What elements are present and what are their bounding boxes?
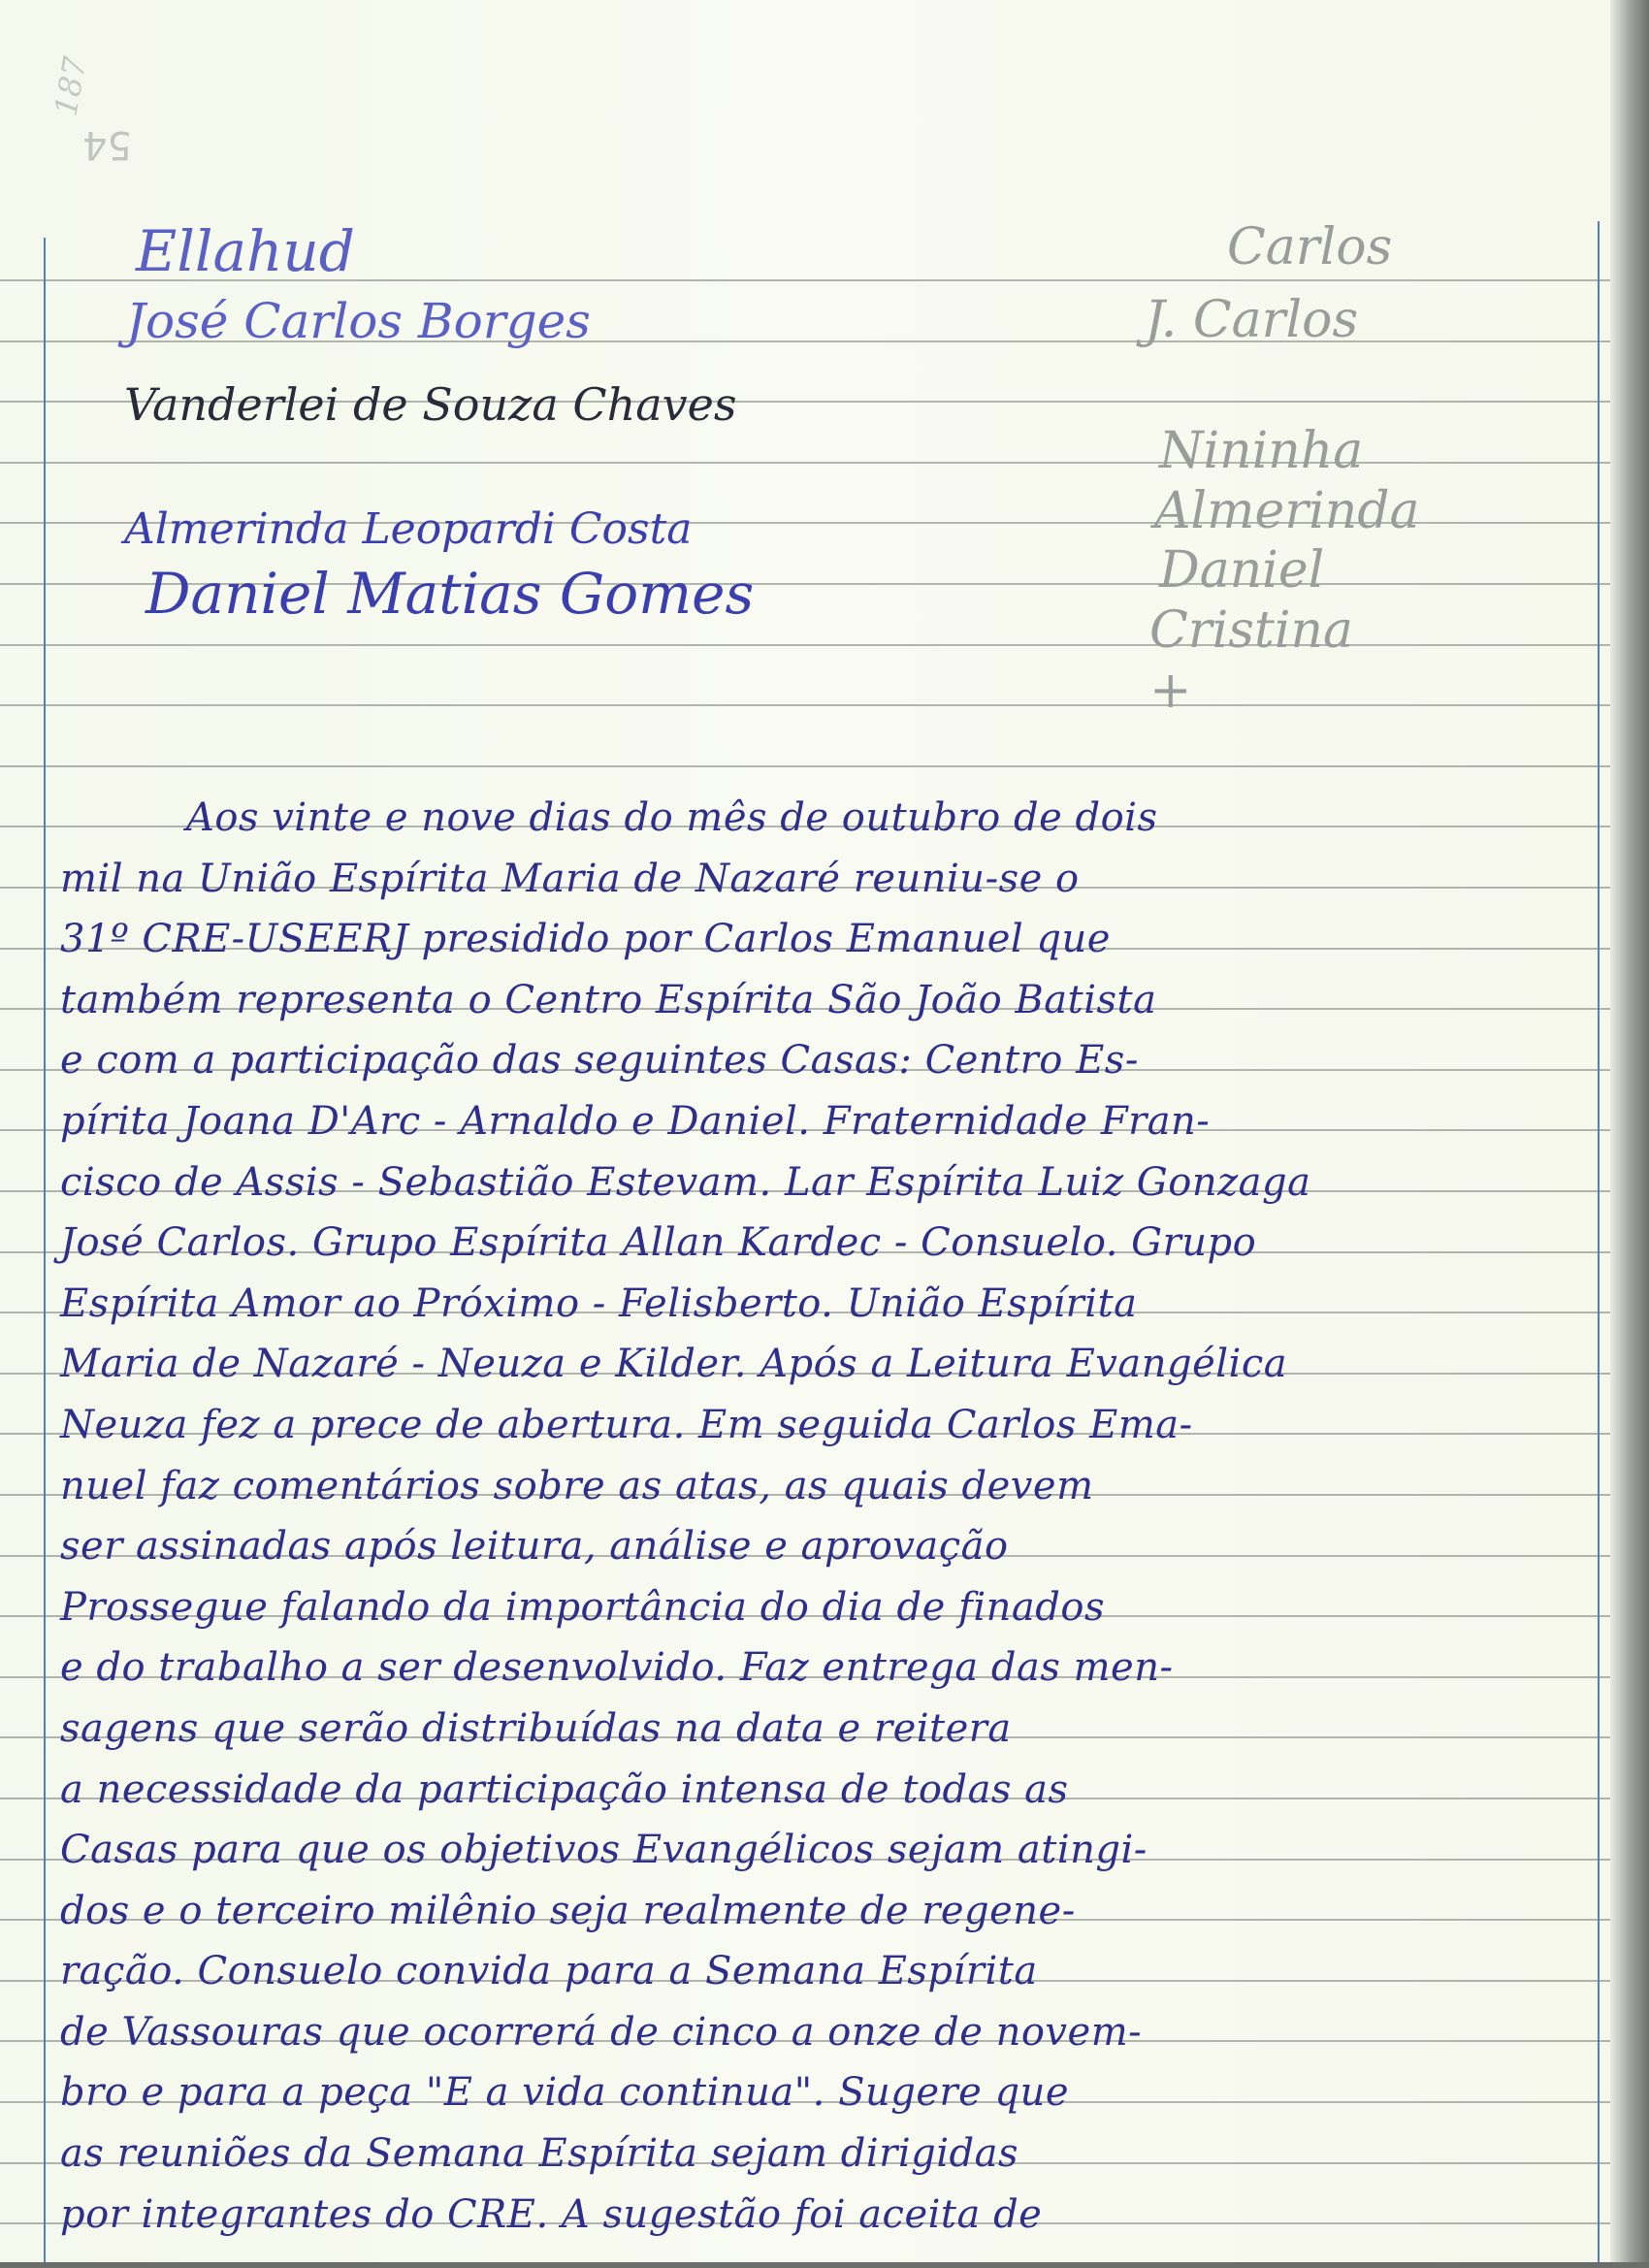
text-line: e com a participação das seguintes Casas… xyxy=(60,1030,1588,1091)
text-line: ração. Consuelo convida para a Semana Es… xyxy=(60,1941,1588,2002)
text-line: as reuniões da Semana Espírita sejam dir… xyxy=(60,2123,1588,2185)
text-line: Aos vinte e nove dias do mês de outubro … xyxy=(60,788,1588,849)
signature-1: Ellahud xyxy=(136,218,355,284)
text-line: cisco de Assis - Sebastião Estevam. Lar … xyxy=(60,1152,1588,1214)
pencil-name-5: Daniel xyxy=(1159,541,1324,599)
text-line: a necessidade da participação intensa de… xyxy=(60,1760,1588,1821)
ruled-line xyxy=(0,462,1610,464)
text-line: de Vassouras que ocorrerá de cinco a onz… xyxy=(60,2002,1588,2063)
text-line: Prossegue falando da importância do dia … xyxy=(60,1577,1588,1638)
pencil-name-6: Cristina xyxy=(1149,601,1353,660)
pencil-name-4: Almerinda xyxy=(1154,482,1420,540)
ruled-line xyxy=(0,765,1610,767)
text-line: Neuza fez a prece de abertura. Em seguid… xyxy=(60,1395,1588,1456)
text-line: 31º CRE-USEERJ presidido por Carlos Eman… xyxy=(60,909,1588,970)
text-line: mil na União Espírita Maria de Nazaré re… xyxy=(60,849,1588,910)
bottom-edge-shadow xyxy=(0,2262,1649,2268)
minutes-text: Aos vinte e nove dias do mês de outubro … xyxy=(60,788,1588,2245)
pencil-cross: + xyxy=(1149,662,1192,720)
signature-3: Vanderlei de Souza Chaves xyxy=(124,378,736,431)
text-line: e do trabalho a ser desenvolvido. Faz en… xyxy=(60,1637,1588,1699)
text-line: Espírita Amor ao Próximo - Felisberto. U… xyxy=(60,1274,1588,1335)
pencil-name-2: J. Carlos xyxy=(1145,291,1358,349)
page-edge-shadow xyxy=(1610,0,1649,2268)
signature-5: Daniel Matias Gomes xyxy=(145,561,754,627)
text-line: nuel faz comentários sobre as atas, as q… xyxy=(60,1456,1588,1517)
text-line: Casas para que os objetivos Evangélicos … xyxy=(60,1820,1588,1881)
notebook-page: 187 54 Ellahud José Carlos Borges Vander… xyxy=(0,0,1610,2268)
ruled-line xyxy=(0,644,1610,646)
pencil-name-1: Carlos xyxy=(1227,218,1392,276)
pencil-name-3: Nininha xyxy=(1159,422,1363,480)
text-line: pírita Joana D'Arc - Arnaldo e Daniel. F… xyxy=(60,1091,1588,1152)
left-margin-line xyxy=(44,238,46,2268)
ruled-line xyxy=(0,704,1610,706)
text-line: José Carlos. Grupo Espírita Allan Kardec… xyxy=(60,1213,1588,1274)
right-margin-line xyxy=(1598,221,1600,2268)
page-number: 54 xyxy=(82,122,132,167)
folio-mark: 187 xyxy=(48,54,94,119)
text-line: por integrantes do CRE. A sugestão foi a… xyxy=(60,2185,1588,2246)
text-line: bro e para a peça "E a vida continua". S… xyxy=(60,2062,1588,2123)
signature-2: José Carlos Borges xyxy=(126,293,591,349)
signature-4: Almerinda Leopardi Costa xyxy=(124,504,693,554)
text-line: Maria de Nazaré - Neuza e Kilder. Após a… xyxy=(60,1334,1588,1395)
text-line: também representa o Centro Espírita São … xyxy=(60,970,1588,1031)
text-line: dos e o terceiro milênio seja realmente … xyxy=(60,1881,1588,1942)
text-line: sagens que serão distribuídas na data e … xyxy=(60,1699,1588,1760)
text-line: ser assinadas após leitura, análise e ap… xyxy=(60,1516,1588,1577)
